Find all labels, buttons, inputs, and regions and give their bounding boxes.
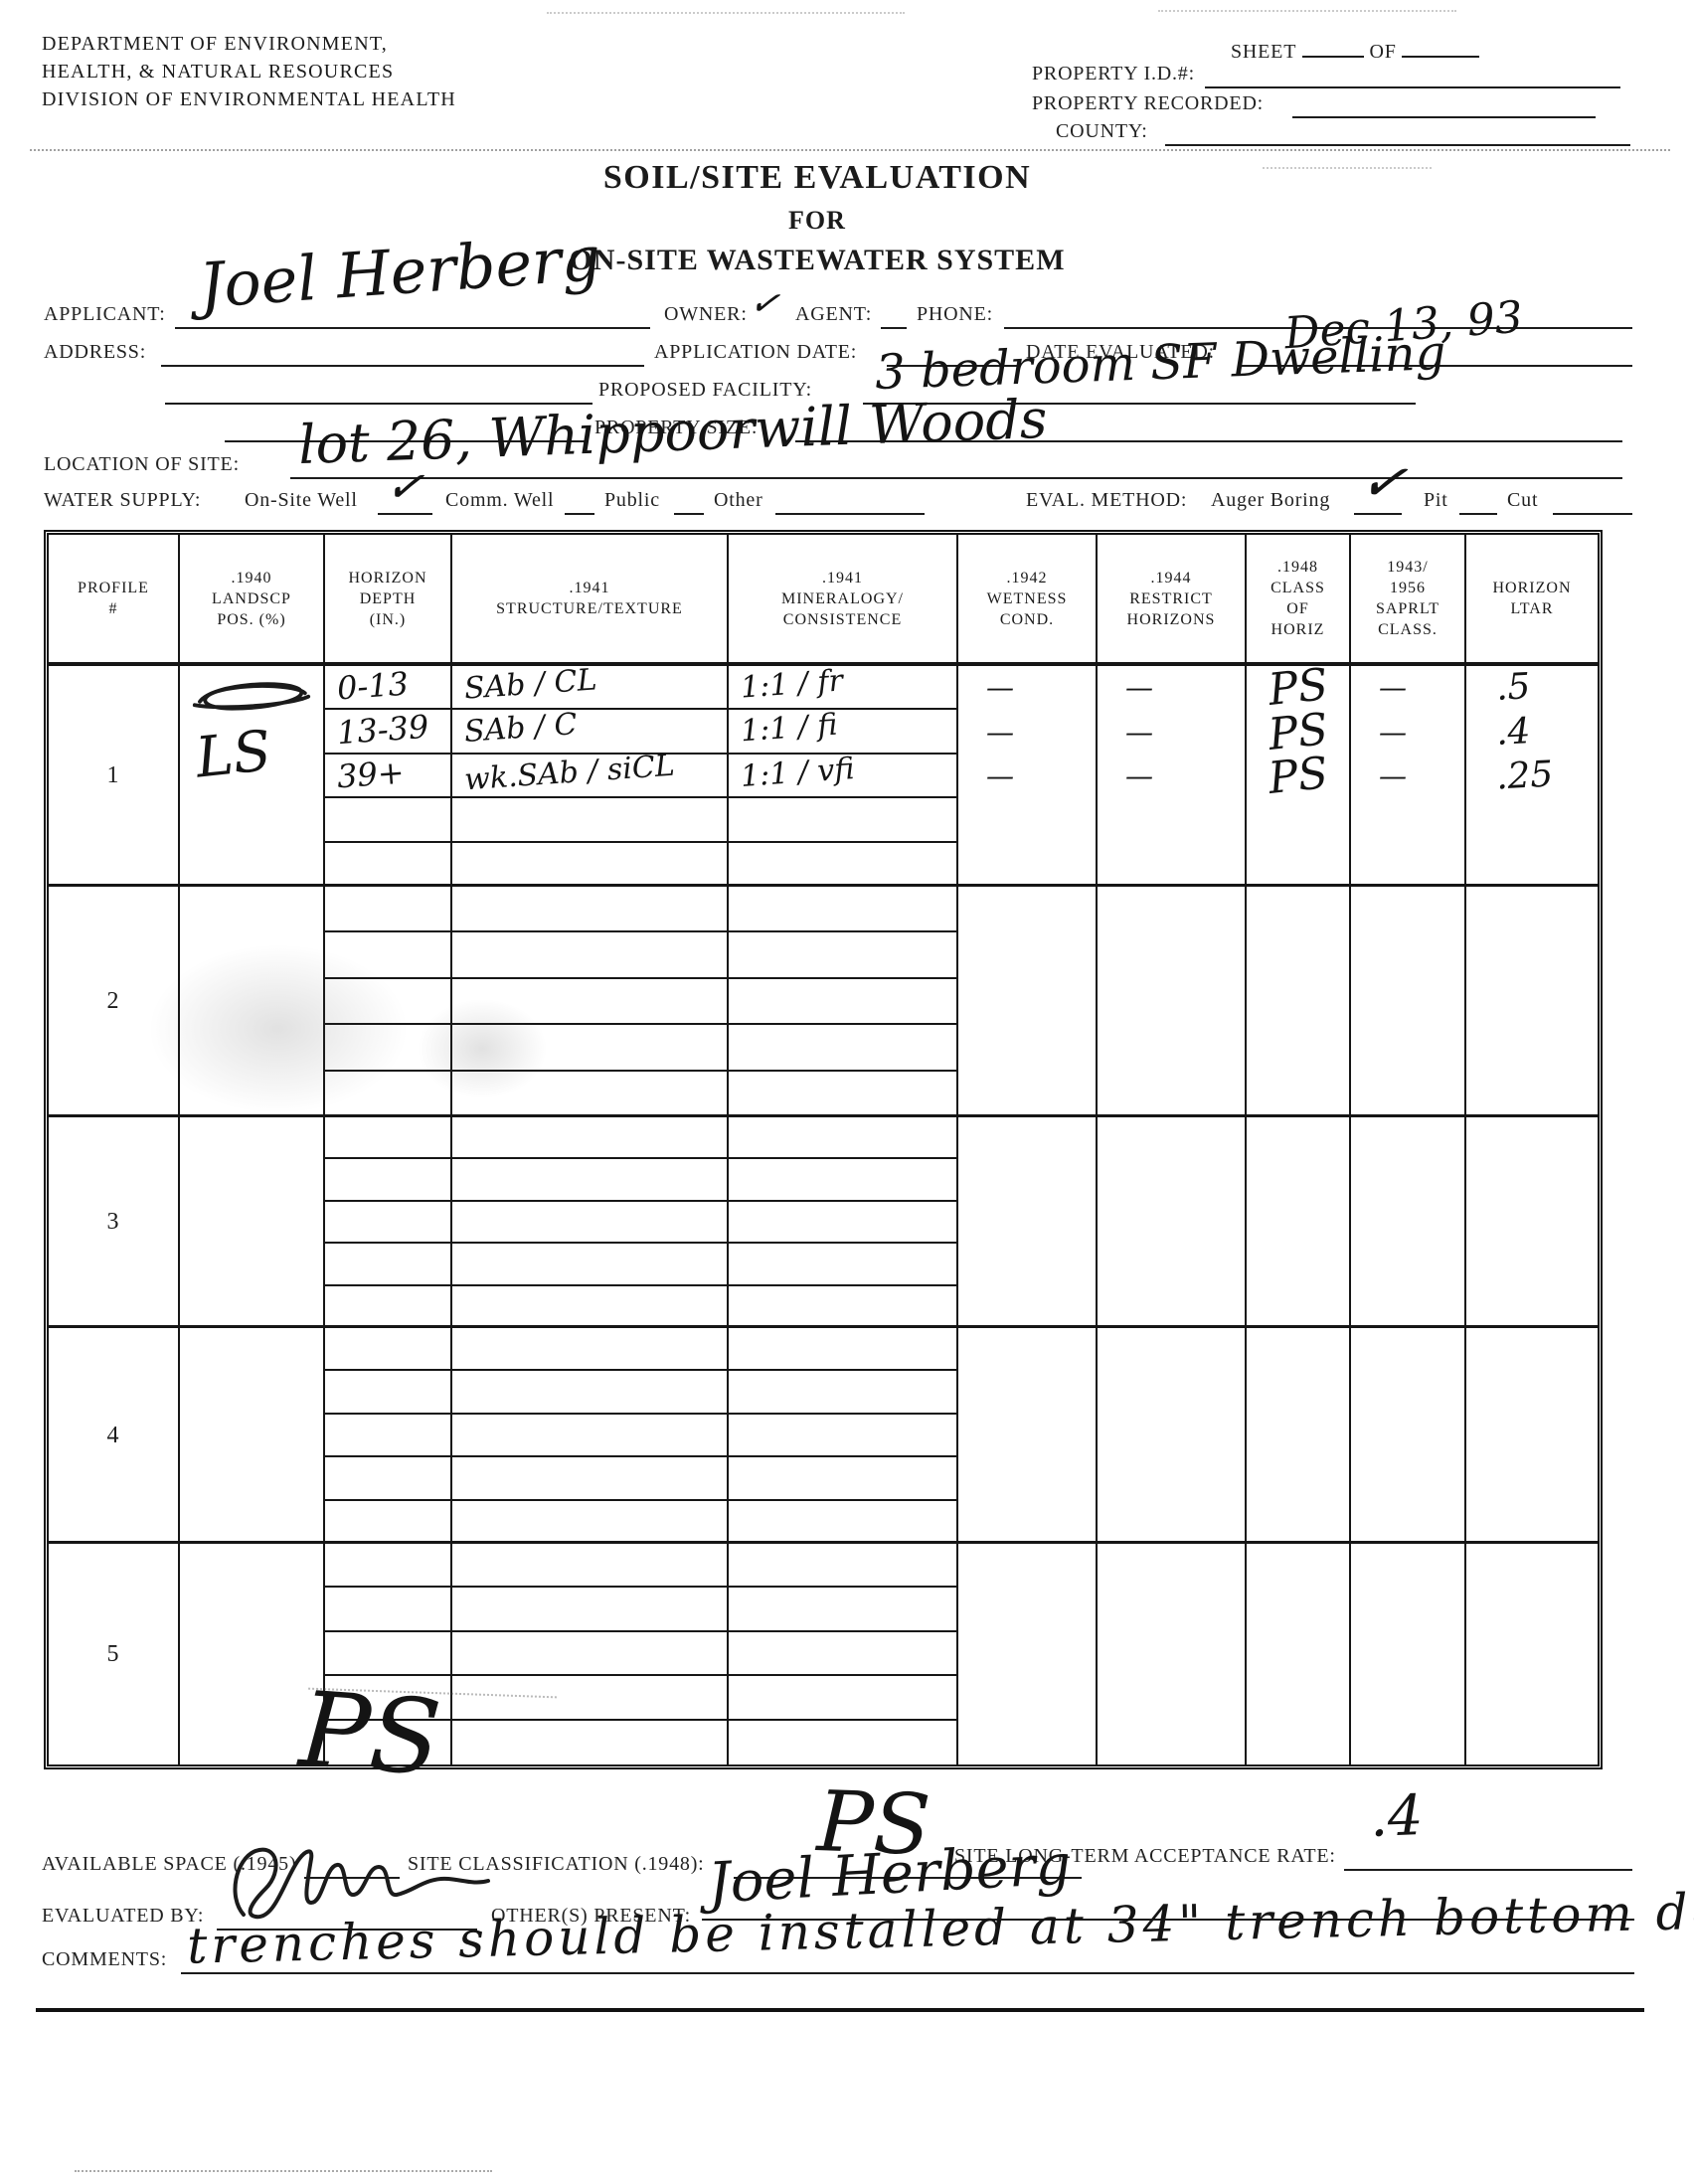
owner-checkmark: ✓	[748, 284, 782, 324]
wetness-slot	[958, 1501, 1096, 1544]
col-header-horizon-ltar: HORIZONLTAR	[1466, 535, 1598, 662]
ltar-slot	[1466, 1244, 1598, 1285]
scan-artifact-bottom-dotted	[75, 2170, 492, 2172]
structure-subcell	[452, 1244, 727, 1285]
footer-rule	[36, 2008, 1644, 2012]
saprlt-cell	[1351, 887, 1466, 1117]
class-slot	[1247, 843, 1349, 887]
ltar-slot	[1466, 1721, 1598, 1764]
saprlt-slot	[1351, 1202, 1464, 1244]
profile-number: 5	[49, 1544, 180, 1764]
wetness-value: —	[986, 719, 1014, 747]
wetness-slot	[958, 1588, 1096, 1631]
sheet-label: SHEET	[1231, 41, 1296, 63]
ltar-slot: .25	[1466, 755, 1598, 798]
restrict-slot	[1098, 1457, 1245, 1500]
wetness-cell	[958, 1544, 1098, 1764]
structure-subcell	[452, 1676, 727, 1720]
saprlt-value: —	[1379, 674, 1407, 702]
mineralogy-subcell	[729, 1676, 956, 1720]
restrict-slot	[1098, 932, 1245, 978]
wetness-slot	[958, 932, 1096, 978]
ltar-slot	[1466, 1202, 1598, 1244]
wetness-cell	[958, 1117, 1098, 1328]
ltar-value: .5	[1495, 669, 1531, 707]
saprlt-slot	[1351, 887, 1464, 932]
wetness-slot	[958, 1457, 1096, 1500]
structure-column	[452, 1328, 729, 1544]
comm-well-label: Comm. Well	[445, 489, 554, 512]
soil-table: PROFILE# .1940LANDSCPPOS. (%) HORIZONDEP…	[44, 530, 1603, 1769]
ltar-slot	[1466, 1286, 1598, 1328]
page-title-for: FOR	[251, 206, 1384, 236]
property-recorded-label: PROPERTY RECORDED:	[1032, 92, 1264, 115]
depth-subcell	[325, 1244, 450, 1285]
col-header-wetness: .1942WETNESSCOND.	[958, 535, 1098, 662]
restrict-slot	[1098, 1632, 1245, 1676]
ltar-slot	[1466, 932, 1598, 978]
restrict-slot	[1098, 843, 1245, 887]
mineralogy-subcell	[729, 1544, 956, 1588]
col-header-structure: .1941STRUCTURE/TEXTURE	[452, 535, 729, 662]
mineralogy-subcell	[729, 1286, 956, 1328]
scan-smudge	[418, 999, 547, 1098]
class-slot	[1247, 1202, 1349, 1244]
ltar-slot	[1466, 1371, 1598, 1414]
address-line	[161, 341, 644, 367]
water-supply-label: WATER SUPPLY:	[44, 489, 201, 512]
profile-number: 3	[49, 1117, 180, 1328]
class-slot	[1247, 1328, 1349, 1371]
landscape-position-cell: LS	[180, 666, 325, 887]
class-value: PS	[1267, 752, 1330, 801]
depth-subcell	[325, 1286, 450, 1328]
mineralogy-subcell	[729, 1721, 956, 1764]
restrict-slot	[1098, 1159, 1245, 1201]
restrict-slot	[1098, 887, 1245, 932]
restrict-slot	[1098, 1501, 1245, 1544]
wetness-slot	[958, 1072, 1096, 1117]
restrict-slot: —	[1098, 666, 1245, 710]
saprlt-slot	[1351, 1588, 1464, 1631]
saprlt-slot	[1351, 1457, 1464, 1500]
col-header-profile: PROFILE#	[49, 535, 180, 662]
evaluated-by-label: EVALUATED BY:	[42, 1905, 204, 1928]
restrict-slot	[1098, 798, 1245, 842]
wetness-slot	[958, 1544, 1096, 1588]
comments-label: COMMENTS:	[42, 1948, 167, 1971]
ltar-slot: .4	[1466, 710, 1598, 754]
mineralogy-column	[729, 1328, 958, 1544]
depth-subcell	[325, 1202, 450, 1244]
wetness-cell: ———	[958, 666, 1098, 887]
structure-subcell	[452, 798, 727, 842]
class-slot	[1247, 1415, 1349, 1457]
wetness-slot	[958, 979, 1096, 1025]
depth-value: 39+	[336, 756, 406, 792]
mineralogy-subcell	[729, 1117, 956, 1159]
class-slot	[1247, 1286, 1349, 1328]
scan-smudge	[149, 944, 408, 1113]
ltar-cell	[1466, 1328, 1598, 1544]
mineralogy-subcell	[729, 1159, 956, 1201]
saprlt-slot	[1351, 1721, 1464, 1764]
col-header-class-of-horiz: .1948CLASSOFHORIZ	[1247, 535, 1351, 662]
restrict-cell	[1098, 1328, 1247, 1544]
depth-subcell	[325, 1544, 450, 1588]
restrict-slot	[1098, 1072, 1245, 1117]
wetness-slot	[958, 887, 1096, 932]
property-id-line	[1205, 63, 1620, 88]
wetness-slot	[958, 1632, 1096, 1676]
scribble-mark	[188, 674, 315, 716]
restrict-slot	[1098, 1676, 1245, 1720]
class-slot	[1247, 1544, 1349, 1588]
agency-line-2: HEALTH, & NATURAL RESOURCES	[42, 58, 456, 85]
landscape-position-value: LS	[193, 718, 325, 786]
wetness-slot	[958, 798, 1096, 842]
depth-column	[325, 1328, 452, 1544]
scan-artifact-dotted	[547, 12, 905, 14]
wetness-slot	[958, 1415, 1096, 1457]
class-slot	[1247, 1676, 1349, 1720]
structure-subcell	[452, 1371, 727, 1414]
owner-label: OWNER:	[664, 303, 748, 326]
wetness-slot	[958, 1159, 1096, 1201]
mineralogy-subcell	[729, 1457, 956, 1500]
wetness-cell	[958, 887, 1098, 1117]
mineralogy-subcell: 1:1 / fi	[729, 710, 956, 754]
wetness-slot: —	[958, 755, 1096, 798]
structure-subcell: SAb / C	[452, 710, 727, 754]
address-label: ADDRESS:	[44, 341, 146, 364]
ltar-rate-line	[1344, 1845, 1632, 1871]
sheet-total-line	[1402, 32, 1479, 58]
saprlt-slot	[1351, 1544, 1464, 1588]
cut-line	[1553, 489, 1632, 515]
col-header-restrict: .1944RESTRICTHORIZONS	[1098, 535, 1247, 662]
mineralogy-value: 1:1 / fi	[740, 711, 838, 748]
class-slot	[1247, 1159, 1349, 1201]
mineralogy-subcell	[729, 1202, 956, 1244]
restrict-slot	[1098, 1588, 1245, 1631]
wetness-cell	[958, 1328, 1098, 1544]
mineralogy-column: 1:1 / fr1:1 / fi1:1 / vfi	[729, 666, 958, 887]
col-header-landscape: .1940LANDSCPPOS. (%)	[180, 535, 325, 662]
profile-block-1: 1LS0-1313-3939+SAb / CLSAb / Cwk.SAb / s…	[49, 666, 1598, 887]
restrict-slot	[1098, 1286, 1245, 1328]
restrict-cell: ———	[1098, 666, 1247, 887]
mineralogy-value: 1:1 / vfi	[740, 755, 855, 792]
saprlt-slot: —	[1351, 755, 1464, 798]
mineralogy-subcell: 1:1 / fr	[729, 666, 956, 710]
other-line	[775, 489, 925, 515]
ltar-slot	[1466, 1632, 1598, 1676]
agency-block: DEPARTMENT OF ENVIRONMENT, HEALTH, & NAT…	[42, 30, 456, 113]
wetness-slot	[958, 843, 1096, 887]
wetness-slot	[958, 1244, 1096, 1285]
structure-subcell	[452, 1721, 727, 1764]
restrict-value: —	[1125, 674, 1153, 702]
ltar-cell: .5.4.25	[1466, 666, 1598, 887]
saprlt-slot	[1351, 1371, 1464, 1414]
structure-subcell	[452, 1328, 727, 1371]
auger-boring-checkmark: ✓	[1356, 452, 1410, 514]
depth-subcell	[325, 887, 450, 932]
mineralogy-subcell	[729, 979, 956, 1025]
structure-subcell	[452, 1632, 727, 1676]
property-recorded-line	[1292, 92, 1596, 118]
restrict-cell	[1098, 1117, 1247, 1328]
mineralogy-subcell	[729, 1588, 956, 1631]
saprlt-slot	[1351, 798, 1464, 842]
header-divider-dotted	[30, 149, 1670, 151]
profile-block-3: 3	[49, 1117, 1598, 1328]
ltar-slot	[1466, 1544, 1598, 1588]
class-slot: PS	[1247, 710, 1349, 754]
class-slot: PS	[1247, 755, 1349, 798]
other-label: Other	[714, 489, 763, 512]
onsite-well-checkmark: ✓	[384, 461, 426, 511]
wetness-slot	[958, 1025, 1096, 1071]
class-slot	[1247, 979, 1349, 1025]
mineralogy-subcell	[729, 932, 956, 978]
ltar-value: .25	[1495, 756, 1554, 795]
class-slot	[1247, 932, 1349, 978]
mineralogy-subcell	[729, 1072, 956, 1117]
profile-block-5: 5	[49, 1544, 1598, 1764]
restrict-value: —	[1125, 762, 1153, 790]
structure-subcell	[452, 1588, 727, 1631]
class-slot	[1247, 1588, 1349, 1631]
structure-value: SAb / CL	[463, 665, 597, 704]
structure-value: SAb / C	[463, 710, 578, 748]
application-date-label: APPLICATION DATE:	[654, 341, 857, 364]
structure-subcell	[452, 1202, 727, 1244]
profile-number: 4	[49, 1328, 180, 1544]
depth-subcell	[325, 1371, 450, 1414]
mineralogy-subcell	[729, 1371, 956, 1414]
structure-subcell	[452, 887, 727, 932]
mineralogy-subcell	[729, 1632, 956, 1676]
depth-subcell: 0-13	[325, 666, 450, 710]
ltar-slot	[1466, 1588, 1598, 1631]
ltar-rate-handwritten-value: .4	[1369, 1788, 1424, 1846]
restrict-slot	[1098, 1328, 1245, 1371]
col-header-horizon-depth: HORIZONDEPTH(IN.)	[325, 535, 452, 662]
county-line	[1165, 120, 1630, 146]
restrict-slot	[1098, 1415, 1245, 1457]
mineralogy-column	[729, 887, 958, 1117]
saprlt-cell	[1351, 1328, 1466, 1544]
saprlt-slot: —	[1351, 666, 1464, 710]
structure-value: wk.SAb / siCL	[463, 751, 675, 795]
wetness-value: —	[986, 674, 1014, 702]
depth-subcell	[325, 1117, 450, 1159]
depth-subcell	[325, 1415, 450, 1457]
comments-line	[181, 1948, 1634, 1974]
landscape-position-cell	[180, 1117, 325, 1328]
depth-subcell	[325, 798, 450, 842]
structure-column	[452, 1544, 729, 1764]
mineralogy-subcell	[729, 1244, 956, 1285]
depth-subcell	[325, 1632, 450, 1676]
ltar-cell	[1466, 1544, 1598, 1764]
saprlt-cell	[1351, 1117, 1466, 1328]
depth-subcell	[325, 1588, 450, 1631]
applicant-label: APPLICANT:	[44, 303, 166, 326]
sheet-of-label: OF	[1369, 41, 1396, 63]
depth-subcell: 39+	[325, 755, 450, 798]
structure-subcell	[452, 1544, 727, 1588]
saprlt-value: —	[1379, 762, 1407, 790]
page-title: SOIL/SITE EVALUATION	[251, 159, 1384, 197]
depth-subcell	[325, 1328, 450, 1371]
class-cell: PSPSPS	[1247, 666, 1351, 887]
wetness-slot: —	[958, 710, 1096, 754]
comm-well-line	[565, 489, 594, 515]
restrict-slot	[1098, 1721, 1245, 1764]
class-slot	[1247, 1501, 1349, 1544]
mineralogy-column	[729, 1544, 958, 1764]
ltar-slot	[1466, 1415, 1598, 1457]
class-slot	[1247, 1632, 1349, 1676]
depth-value: 13-39	[336, 711, 429, 749]
ltar-slot	[1466, 1072, 1598, 1117]
mineralogy-column	[729, 1117, 958, 1328]
restrict-slot	[1098, 1025, 1245, 1071]
mineralogy-value: 1:1 / fr	[740, 666, 844, 703]
mineralogy-subcell: 1:1 / vfi	[729, 755, 956, 798]
ltar-cell	[1466, 887, 1598, 1117]
depth-subcell: 13-39	[325, 710, 450, 754]
saprlt-slot: —	[1351, 710, 1464, 754]
ltar-slot	[1466, 1676, 1598, 1720]
saprlt-slot	[1351, 1415, 1464, 1457]
structure-subcell: SAb / CL	[452, 666, 727, 710]
ltar-slot	[1466, 1328, 1598, 1371]
auger-boring-label: Auger Boring	[1211, 489, 1330, 512]
ltar-slot	[1466, 1025, 1598, 1071]
pit-line	[1459, 489, 1497, 515]
saprlt-cell: ———	[1351, 666, 1466, 887]
landscape-position-cell	[180, 1328, 325, 1544]
restrict-cell	[1098, 1544, 1247, 1764]
phone-label: PHONE:	[917, 303, 993, 326]
depth-column	[325, 1117, 452, 1328]
scan-artifact-dotted	[1158, 10, 1456, 12]
restrict-slot	[1098, 1117, 1245, 1159]
class-cell	[1247, 887, 1351, 1117]
restrict-slot	[1098, 1202, 1245, 1244]
depth-subcell	[325, 1159, 450, 1201]
property-id-label: PROPERTY I.D.#:	[1032, 63, 1195, 85]
saprlt-slot	[1351, 1501, 1464, 1544]
onsite-well-label: On-Site Well	[245, 489, 358, 512]
ltar-slot	[1466, 1457, 1598, 1500]
mineralogy-subcell	[729, 1328, 956, 1371]
agent-line	[881, 303, 907, 329]
class-cell	[1247, 1328, 1351, 1544]
wetness-slot	[958, 1202, 1096, 1244]
profile-block-4: 4	[49, 1328, 1598, 1544]
saprlt-slot	[1351, 1328, 1464, 1371]
structure-subcell	[452, 843, 727, 887]
class-slot	[1247, 798, 1349, 842]
wetness-slot	[958, 1286, 1096, 1328]
soil-table-header: PROFILE# .1940LANDSCPPOS. (%) HORIZONDEP…	[49, 535, 1598, 666]
wetness-slot	[958, 1371, 1096, 1414]
restrict-slot: —	[1098, 755, 1245, 798]
structure-subcell	[452, 932, 727, 978]
mineralogy-subcell	[729, 887, 956, 932]
restrict-slot	[1098, 1544, 1245, 1588]
depth-column: 0-1313-3939+	[325, 666, 452, 887]
saprlt-slot	[1351, 1025, 1464, 1071]
ltar-cell	[1466, 1117, 1598, 1328]
class-slot	[1247, 887, 1349, 932]
mineralogy-subcell	[729, 1025, 956, 1071]
location-of-site-label: LOCATION OF SITE:	[44, 453, 240, 476]
county-label: COUNTY:	[1056, 120, 1148, 143]
ltar-slot	[1466, 843, 1598, 887]
wetness-slot: —	[958, 666, 1096, 710]
eval-method-label: EVAL. METHOD:	[1026, 489, 1187, 512]
saprlt-slot	[1351, 1286, 1464, 1328]
wetness-slot	[958, 1328, 1096, 1371]
depth-subcell	[325, 1501, 450, 1544]
depth-subcell	[325, 1457, 450, 1500]
pit-label: Pit	[1424, 489, 1448, 512]
sheet-number-line	[1302, 32, 1364, 58]
ltar-slot: .5	[1466, 666, 1598, 710]
saprlt-cell	[1351, 1544, 1466, 1764]
class-slot	[1247, 1025, 1349, 1071]
structure-subcell	[452, 1457, 727, 1500]
ltar-value: .4	[1495, 714, 1531, 752]
saprlt-slot	[1351, 1244, 1464, 1285]
ltar-slot	[1466, 798, 1598, 842]
class-cell	[1247, 1117, 1351, 1328]
structure-subcell	[452, 1501, 727, 1544]
mineralogy-subcell	[729, 1501, 956, 1544]
wetness-value: —	[986, 762, 1014, 790]
structure-subcell	[452, 1117, 727, 1159]
mineralogy-subcell	[729, 843, 956, 887]
mineralogy-subcell	[729, 798, 956, 842]
col-header-mineralogy: .1941MINERALOGY/CONSISTENCE	[729, 535, 958, 662]
saprlt-slot	[1351, 1072, 1464, 1117]
restrict-slot	[1098, 979, 1245, 1025]
ltar-slot	[1466, 887, 1598, 932]
cut-label: Cut	[1507, 489, 1538, 512]
class-slot	[1247, 1371, 1349, 1414]
wetness-slot	[958, 1117, 1096, 1159]
col-header-saprolite-class: 1943/1956SAPRLTCLASS.	[1351, 535, 1466, 662]
ltar-slot	[1466, 1501, 1598, 1544]
profile-number: 1	[49, 666, 180, 887]
public-line	[674, 489, 704, 515]
agency-line-1: DEPARTMENT OF ENVIRONMENT,	[42, 30, 456, 58]
structure-column	[452, 1117, 729, 1328]
class-slot	[1247, 1721, 1349, 1764]
saprlt-value: —	[1379, 719, 1407, 747]
agent-label: AGENT:	[795, 303, 872, 326]
wetness-slot	[958, 1721, 1096, 1764]
ltar-slot	[1466, 979, 1598, 1025]
class-slot	[1247, 1457, 1349, 1500]
depth-value: 0-13	[336, 668, 410, 705]
